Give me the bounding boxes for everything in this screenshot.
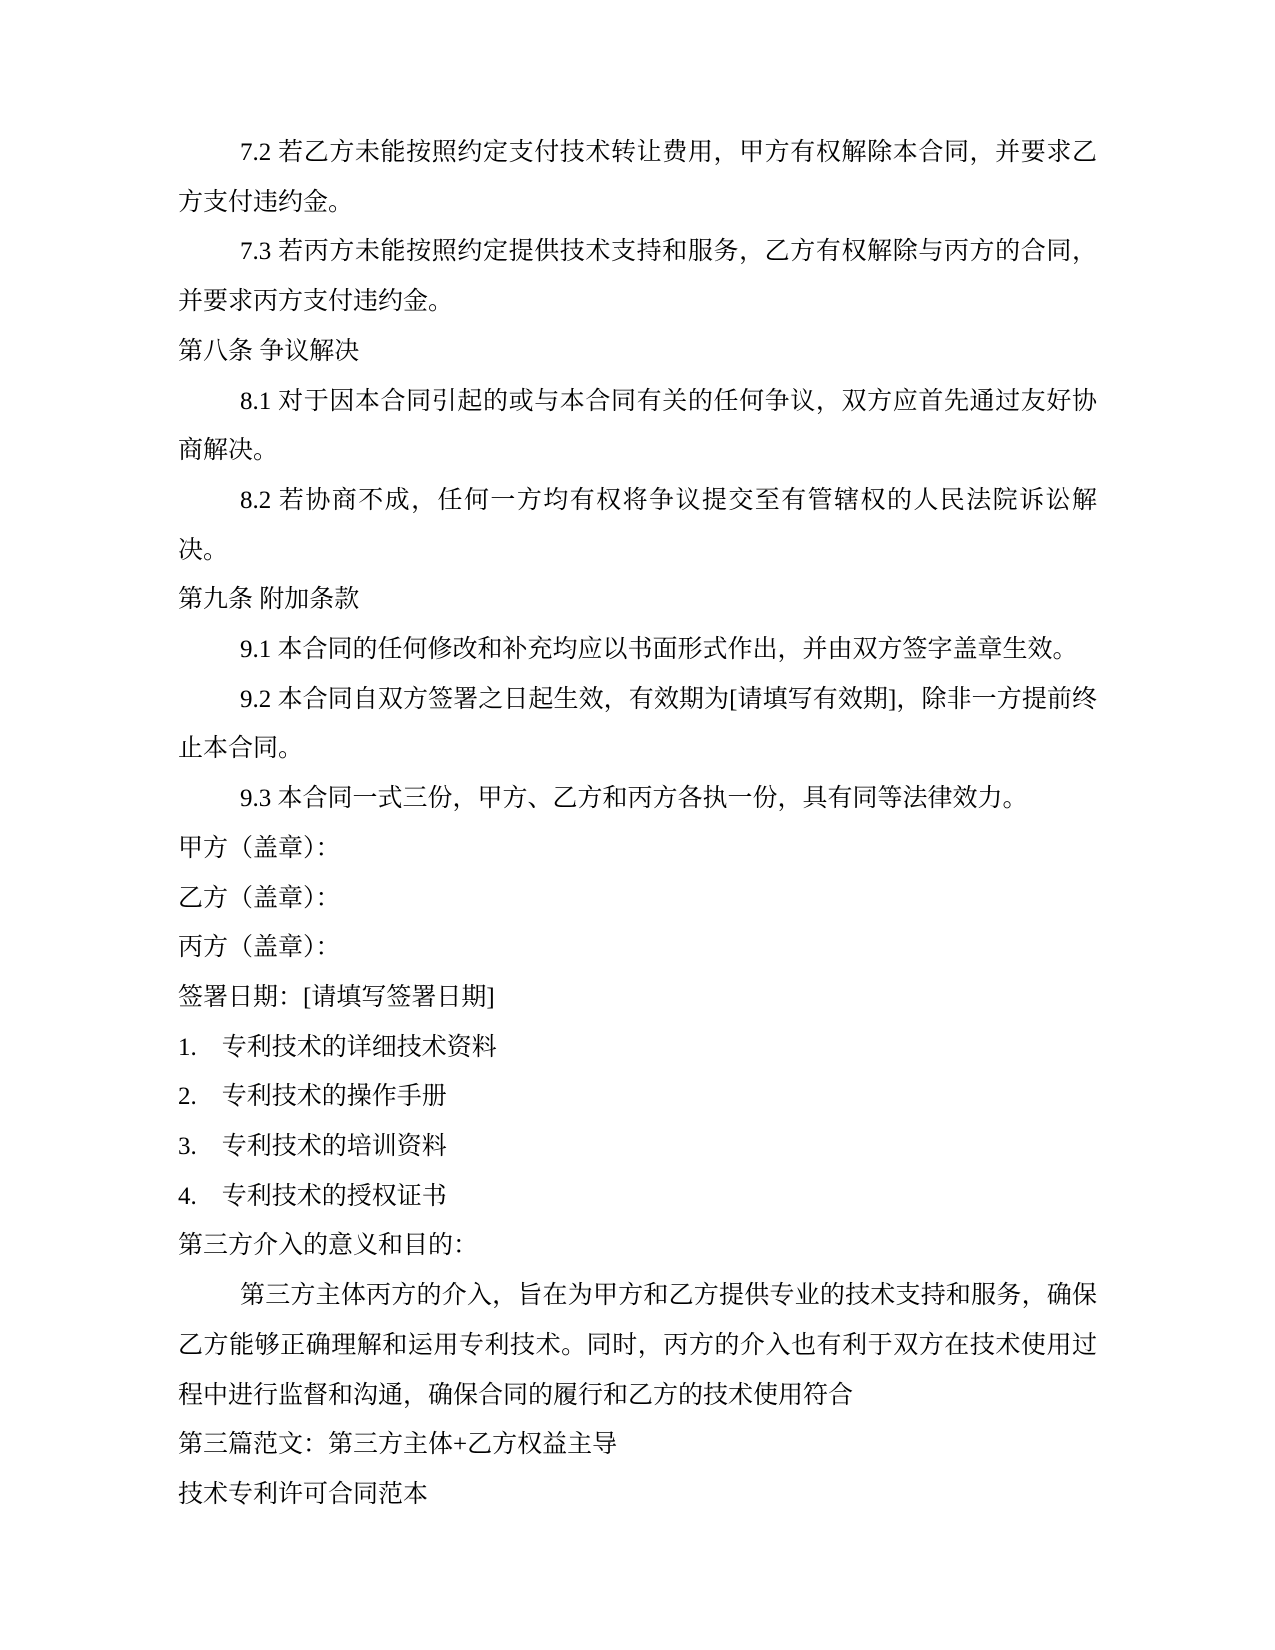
contract-template-title: 技术专利许可合同范本 [178, 1470, 1097, 1520]
party-c-seal-line: 丙方（盖章）： [178, 923, 1097, 973]
paragraph-clause-9-2: 9.2 本合同自双方签署之日起生效，有效期为[请填写有效期]，除非一方提前终止本… [178, 675, 1097, 774]
third-party-purpose-heading: 第三方介入的意义和目的： [178, 1221, 1097, 1271]
paragraph-clause-8-1: 8.1 对于因本合同引起的或与本合同有关的任何争议，双方应首先通过友好协商解决。 [178, 377, 1097, 476]
heading-article-9: 第九条 附加条款 [178, 575, 1097, 625]
section-3-template-heading: 第三篇范文：第三方主体+乙方权益主导 [178, 1420, 1097, 1470]
document-page: 7.2 若乙方未能按照约定支付技术转让费用，甲方有权解除本合同，并要求乙方支付违… [0, 0, 1275, 1650]
paragraph-clause-9-3: 9.3 本合同一式三份，甲方、乙方和丙方各执一份，具有同等法律效力。 [178, 774, 1097, 824]
third-party-purpose-paragraph: 第三方主体丙方的介入，旨在为甲方和乙方提供专业的技术支持和服务，确保乙方能够正确… [178, 1271, 1097, 1420]
attachment-item-4: 4. 专利技术的授权证书 [178, 1172, 1097, 1222]
signing-date-line: 签署日期：[请填写签署日期] [178, 973, 1097, 1023]
heading-article-8: 第八条 争议解决 [178, 327, 1097, 377]
paragraph-clause-9-1: 9.1 本合同的任何修改和补充均应以书面形式作出，并由双方签字盖章生效。 [178, 625, 1097, 675]
attachment-item-2: 2. 专利技术的操作手册 [178, 1072, 1097, 1122]
paragraph-clause-7-2: 7.2 若乙方未能按照约定支付技术转让费用，甲方有权解除本合同，并要求乙方支付违… [178, 128, 1097, 227]
attachment-item-3: 3. 专利技术的培训资料 [178, 1122, 1097, 1172]
party-a-seal-line: 甲方（盖章）： [178, 824, 1097, 874]
paragraph-clause-7-3: 7.3 若丙方未能按照约定提供技术支持和服务，乙方有权解除与丙方的合同，并要求丙… [178, 227, 1097, 326]
party-b-seal-line: 乙方（盖章）： [178, 874, 1097, 924]
attachment-item-1: 1. 专利技术的详细技术资料 [178, 1023, 1097, 1073]
paragraph-clause-8-2: 8.2 若协商不成，任何一方均有权将争议提交至有管辖权的人民法院诉讼解决。 [178, 476, 1097, 575]
